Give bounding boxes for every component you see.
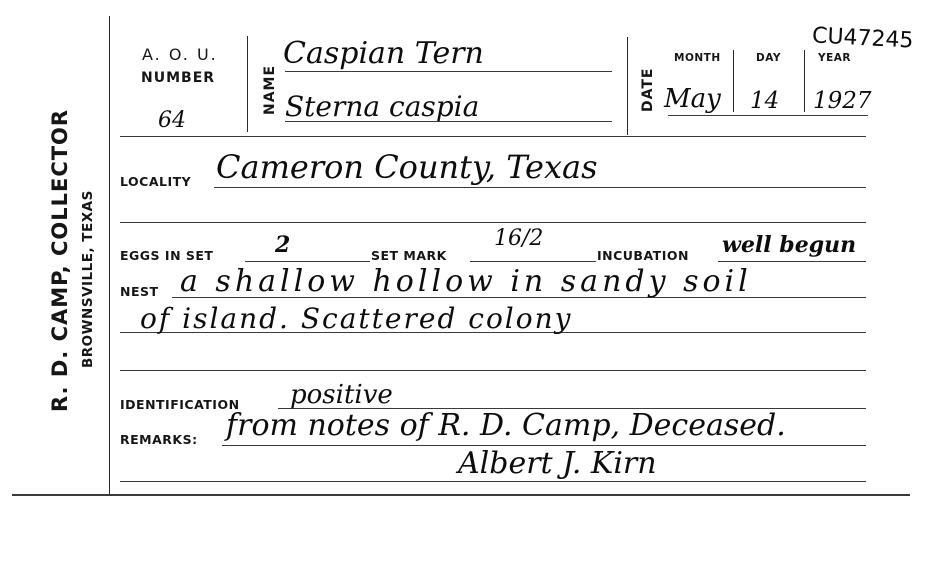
locality-label: LOCALITY [120, 174, 191, 189]
card-left-border [109, 16, 110, 494]
set-mark-value: 16/2 [494, 226, 543, 251]
identification-value: positive [290, 380, 393, 410]
incubation-line [718, 261, 866, 262]
catalog-number: CU47245 [811, 23, 914, 53]
name-label: NAME [262, 65, 278, 115]
name-divider [627, 37, 628, 135]
eggs-in-set-line [245, 261, 370, 262]
common-name-line [285, 71, 612, 72]
set-mark-line [470, 261, 596, 262]
locality-line [214, 187, 866, 188]
aou-number-value: 64 [158, 108, 186, 133]
collector-name: R. D. CAMP, COLLECTOR [48, 109, 72, 412]
year-value: 1927 [813, 88, 872, 114]
day-label: DAY [756, 52, 781, 64]
incubation-label: INCUBATION [597, 248, 689, 263]
set-mark-label: SET MARK [371, 248, 447, 263]
nest-value-line2: of island. Scattered colony [140, 302, 572, 335]
date-value-line [668, 115, 868, 116]
remarks-label: REMARKS: [120, 432, 198, 447]
date-label: DATE [640, 68, 656, 112]
eggs-in-set-value: 2 [275, 232, 290, 258]
nest-label: NEST [120, 284, 159, 299]
month-day-divider [733, 50, 734, 112]
card-bottom-border [12, 494, 910, 496]
aou-divider [247, 36, 248, 132]
aou-number-label: NUMBER [141, 70, 215, 86]
identification-label: IDENTIFICATION [120, 397, 240, 412]
common-name-value: Caspian Tern [283, 36, 484, 71]
year-label: YEAR [818, 52, 851, 64]
header-bottom-line [120, 136, 866, 137]
remarks-line-2 [120, 481, 866, 482]
nest-value-line1: a shallow hollow in sandy soil [180, 264, 752, 299]
aou-label: A. O. U. [142, 45, 218, 64]
locality-blank-line [120, 222, 866, 223]
locality-value: Cameron County, Texas [216, 148, 598, 186]
day-value: 14 [750, 88, 779, 114]
month-label: MONTH [674, 52, 721, 64]
day-year-divider [804, 50, 805, 112]
scientific-name-line [285, 121, 612, 122]
collector-location: BROWNSVILLE, TEXAS [80, 190, 96, 368]
eggs-in-set-label: EGGS IN SET [120, 248, 213, 263]
month-value: May [664, 84, 721, 114]
remarks-value-line1: from notes of R. D. Camp, Deceased. [226, 408, 786, 443]
scientific-name-value: Sterna caspia [285, 90, 479, 123]
incubation-value: well begun [722, 232, 856, 258]
remarks-value-line2: Albert J. Kirn [458, 446, 657, 481]
nest-blank-line [120, 370, 866, 371]
